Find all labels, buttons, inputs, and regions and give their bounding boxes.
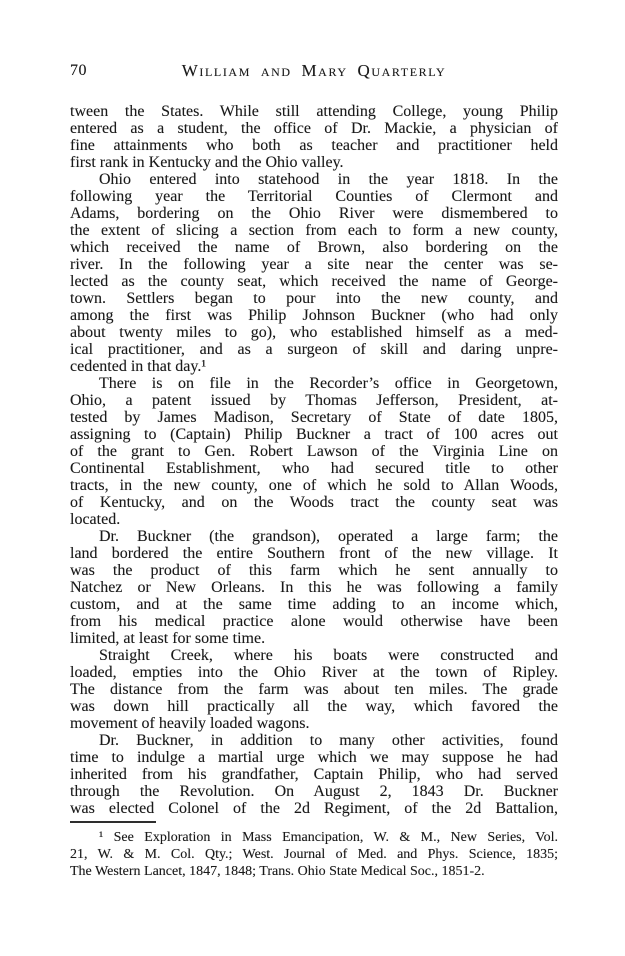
text-line: ¹ See Exploration in Mass Emancipation, … xyxy=(70,829,558,846)
text-line: through the Revolution. On August 2, 184… xyxy=(70,783,558,800)
text-line: custom, and at the same time adding to a… xyxy=(70,596,558,613)
text-line: movement of heavily loaded wagons. xyxy=(70,715,558,732)
text-line: from his medical practice alone would ot… xyxy=(70,613,558,630)
text-line: There is on file in the Recorder’s offic… xyxy=(70,375,558,392)
text-line: land bordered the entire Southern front … xyxy=(70,545,558,562)
text-line: was down hill practically all the way, w… xyxy=(70,698,558,715)
text-line: time to indulge a martial urge which we … xyxy=(70,749,558,766)
text-line: Adams, bordering on the Ohio River were … xyxy=(70,205,558,222)
text-line: located. xyxy=(70,511,558,528)
page-body: tween the States. While still attending … xyxy=(70,103,558,817)
text-line: following year the Territorial Counties … xyxy=(70,188,558,205)
text-line: was the product of this farm which he se… xyxy=(70,562,558,579)
text-line: inherited from his grandfather, Captain … xyxy=(70,766,558,783)
text-line: river. In the following year a site near… xyxy=(70,256,558,273)
text-line: first rank in Kentucky and the Ohio vall… xyxy=(70,154,558,171)
footnote: ¹ See Exploration in Mass Emancipation, … xyxy=(70,829,558,880)
paragraph-1: tween the States. While still attending … xyxy=(70,103,558,171)
text-line: of the grant to Gen. Robert Lawson of th… xyxy=(70,443,558,460)
text-line: assigning to (Captain) Philip Buckner a … xyxy=(70,426,558,443)
text-line: tested by James Madison, Secretary of St… xyxy=(70,409,558,426)
text-line: fine attainments who both as teacher and… xyxy=(70,137,558,154)
text-line: the extent of slicing a section from eac… xyxy=(70,222,558,239)
text-line: Dr. Buckner (the grandson), operated a l… xyxy=(70,528,558,545)
text-line: The distance from the farm was about ten… xyxy=(70,681,558,698)
text-line: tracts, in the new county, one of which … xyxy=(70,477,558,494)
paragraph-6: Dr. Buckner, in addition to many other a… xyxy=(70,732,558,817)
book-page: 70 William and Mary Quarterly tween the … xyxy=(0,0,625,956)
text-line: Natchez or New Orleans. In this he was f… xyxy=(70,579,558,596)
footnote-rule xyxy=(70,821,156,823)
text-line: lected as the county seat, which receive… xyxy=(70,273,558,290)
paragraph-4: Dr. Buckner (the grandson), operated a l… xyxy=(70,528,558,647)
text-line: limited, at least for some time. xyxy=(70,630,558,647)
text-line: among the first was Philip Johnson Buckn… xyxy=(70,307,558,324)
running-head: 70 William and Mary Quarterly xyxy=(70,61,558,81)
page-number: 70 xyxy=(70,62,87,80)
text-line: tween the States. While still attending … xyxy=(70,103,558,120)
text-line: Ohio, a patent issued by Thomas Jefferso… xyxy=(70,392,558,409)
text-line: entered as a student, the office of Dr. … xyxy=(70,120,558,137)
text-line: loaded, empties into the Ohio River at t… xyxy=(70,664,558,681)
text-line: Ohio entered into statehood in the year … xyxy=(70,171,558,188)
text-line: about twenty miles to go), who establish… xyxy=(70,324,558,341)
text-line: town. Settlers began to pour into the ne… xyxy=(70,290,558,307)
text-line: of Kentucky, and on the Woods tract the … xyxy=(70,494,558,511)
paragraph-2: Ohio entered into statehood in the year … xyxy=(70,171,558,375)
text-line: Continental Establishment, who had secur… xyxy=(70,460,558,477)
text-line: was elected Colonel of the 2d Regiment, … xyxy=(70,800,558,817)
footnote-paragraph: ¹ See Exploration in Mass Emancipation, … xyxy=(70,829,558,880)
journal-title: William and Mary Quarterly xyxy=(70,61,558,81)
text-line: cedented in that day.¹ xyxy=(70,358,558,375)
paragraph-5: Straight Creek, where his boats were con… xyxy=(70,647,558,732)
text-line: Dr. Buckner, in addition to many other a… xyxy=(70,732,558,749)
text-line: Straight Creek, where his boats were con… xyxy=(70,647,558,664)
text-line: ical practitioner, and as a surgeon of s… xyxy=(70,341,558,358)
text-line: 21, W. & M. Col. Qty.; West. Journal of … xyxy=(70,846,558,863)
paragraph-3: There is on file in the Recorder’s offic… xyxy=(70,375,558,528)
text-line: which received the name of Brown, also b… xyxy=(70,239,558,256)
text-line: The Western Lancet, 1847, 1848; Trans. O… xyxy=(70,863,558,880)
